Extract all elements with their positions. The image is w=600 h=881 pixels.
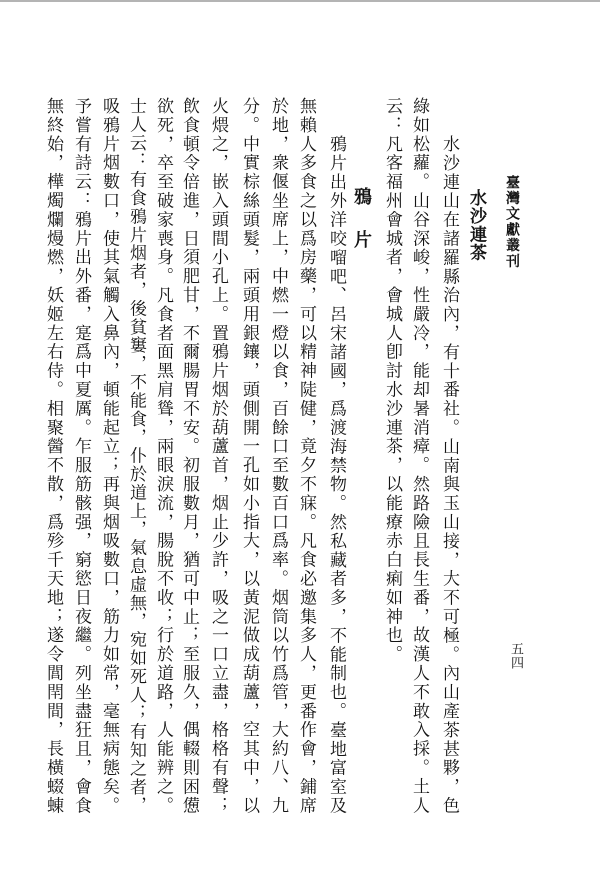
text-column: 鴉片出外洋咬𠺕吧、呂宋諸國，爲渡海禁物。然私藏者多，不能制也。臺地富室及	[326, 97, 345, 815]
text-column: 無終始，樺燭爛熳燃，妖姬左右侍。相聚醟不散，爲殄千天地；遂令閭閈間，長橫蝃蝀	[43, 97, 62, 815]
text-column: 云：凡客福州會城者，會城人卽討水沙連茶，以能療赤白痢如神也。	[382, 97, 401, 664]
book-page: 臺灣文獻叢刊 五四 水沙連茶 水沙連山在諸羅縣治內，有十番社。山南與玉山接，大不…	[0, 0, 600, 881]
page-number: 五四	[508, 642, 522, 670]
text-column: 予嘗有詩云：鴉片出外番，寔爲中夏厲。乍服筋骸强，窮慾日夜繼。列坐盡狂且，會食	[71, 97, 90, 815]
text-column: 欲死，卒至破家喪身。凡食者面黑肩聳，兩眼淚流，腸脫不收；行於道路，人能辨之。	[153, 97, 172, 815]
text-column: 火煨之，嵌入頭間小孔上。置鴉片烟於葫蘆首，烟止少許，吸之一口立盡，格格有聲；	[208, 97, 227, 815]
text-column: 士人云：有食鴉片烟者，後貧窶，不能食，仆於道上，氣息虛無，宛如死人；有知之者，	[126, 97, 145, 815]
text-column: 分。中實棕絲頭髮，兩頭用銀鑲，頭側開一孔如小指大，以黃泥做成葫蘆，空其中，以	[239, 97, 258, 815]
text-column: 吸鴉片烟數口，使其氣觸入鼻內，頓能起立；再與烟吸數口，筋力如常，毫無病態矣。	[99, 97, 118, 815]
section-title-tea: 水沙連茶	[466, 189, 485, 262]
text-column: 於地，衆偃坐席上，中燃一燈以食，百餘口至數百口爲率。烟筒以竹爲管，大約八、九	[268, 97, 287, 815]
text-column: 水沙連山在諸羅縣治內，有十番社。山南與玉山接，大不可極。內山產茶甚夥，色	[439, 97, 458, 815]
text-column: 無賴人多食之以爲房藥，可以精神陡健，竟夕不寐。凡食必邀集多人，更番作會，鋪席	[296, 97, 315, 815]
section-title-opium: 鴉片	[352, 187, 371, 273]
text-column: 飲食頓令倍進，日須肥甘，不爾腸胃不安。初服數月，猶可中止；至服久，偶輟則困憊	[179, 97, 198, 815]
text-column: 綠如松蘿。山谷深峻，性嚴冷，能却暑消瘴。然路險且長生番，故漢人不敢入採。土人	[409, 97, 428, 815]
running-header: 臺灣文獻叢刊	[504, 175, 520, 269]
